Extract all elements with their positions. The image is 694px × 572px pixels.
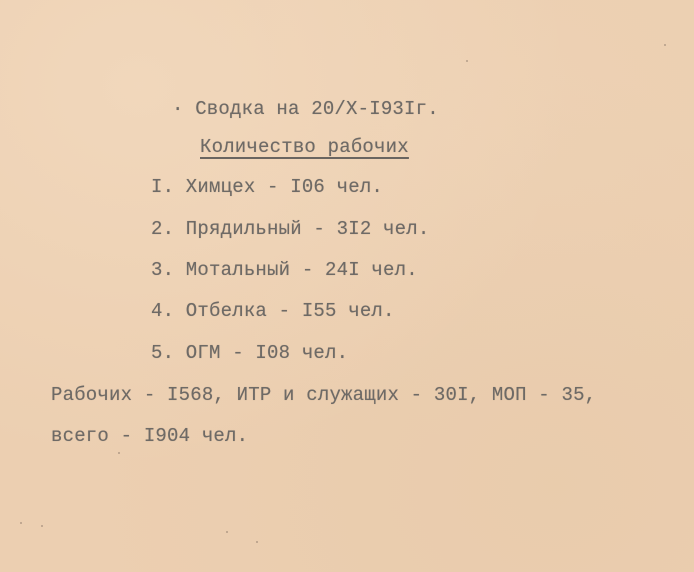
- paper-speck: [466, 60, 468, 62]
- paper-speck: [20, 522, 22, 524]
- list-item: 3. Мотальный - 24I чел.: [151, 259, 418, 281]
- paper-speck: [664, 44, 666, 46]
- document-title: · Сводка на 20/X-I93Iг.: [172, 98, 439, 120]
- paper-speck: [226, 531, 228, 533]
- summary-line-2: всего - I904 чел.: [51, 425, 248, 447]
- list-item: 5. ОГМ - I08 чел.: [151, 342, 348, 364]
- document-page: · Сводка на 20/X-I93Iг. Количество рабоч…: [0, 0, 694, 572]
- paper-speck: [256, 541, 258, 543]
- list-item: 2. Прядильный - 3I2 чел.: [151, 218, 429, 240]
- summary-line-1: Рабочих - I568, ИТР и служащих - 30I, МО…: [51, 384, 596, 406]
- paper-speck: [41, 525, 43, 527]
- document-subtitle: Количество рабочих: [200, 136, 409, 158]
- list-item: I. Химцех - I06 чел.: [151, 176, 383, 198]
- paper-speck: [118, 452, 120, 454]
- list-item: 4. Отбелка - I55 чел.: [151, 300, 395, 322]
